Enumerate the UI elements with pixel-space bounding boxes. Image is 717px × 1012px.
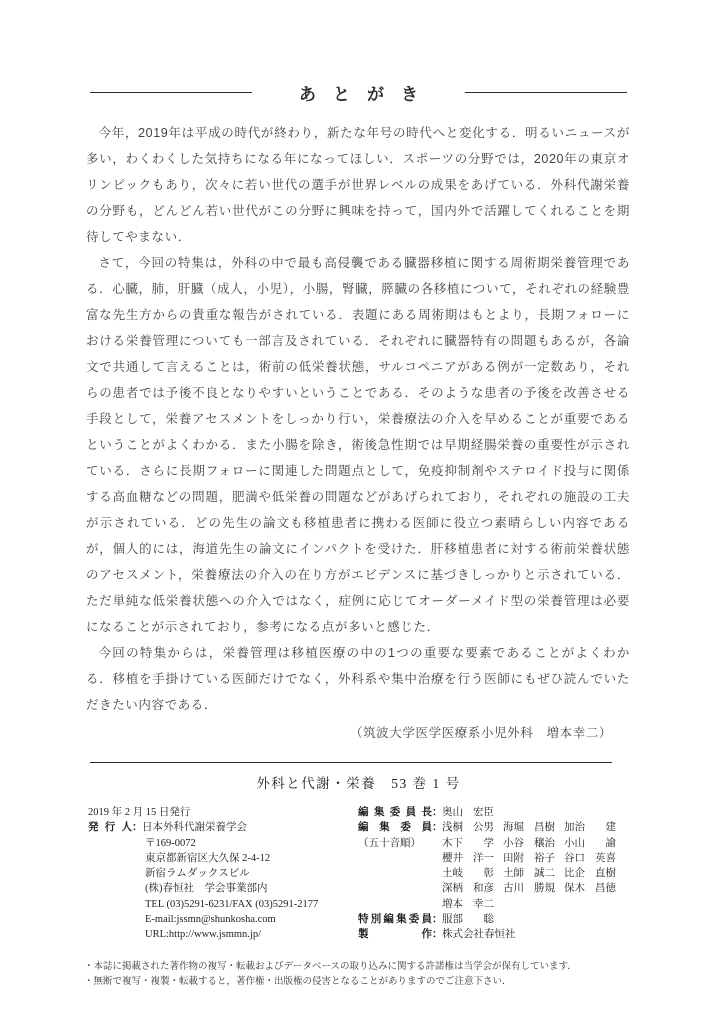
special-editor-name: 服部聡 bbox=[442, 912, 494, 927]
family-name: 浅桐 bbox=[442, 820, 463, 835]
editor-name: 深柄和彦 bbox=[442, 881, 494, 896]
page-title: あとがき bbox=[282, 80, 435, 105]
editor-name: 海堀昌樹 bbox=[503, 820, 555, 835]
afterword-header: あとがき bbox=[0, 0, 717, 105]
special-editor-label: 特別編集委員 bbox=[358, 912, 432, 927]
given-name: 彰 bbox=[484, 866, 495, 881]
colophon-divider bbox=[90, 762, 612, 763]
given-name: 昌徳 bbox=[595, 881, 616, 896]
family-name: 深柄 bbox=[442, 881, 463, 896]
family-name: 奥山 bbox=[442, 805, 463, 820]
editor-name: 加治建 bbox=[564, 820, 616, 835]
chief-editor-label: 編集委員長 bbox=[358, 805, 432, 820]
given-name: 裕子 bbox=[534, 851, 555, 866]
editor-name: 保木昌徳 bbox=[564, 881, 616, 896]
kana-order-note: （五十音順） bbox=[358, 836, 442, 851]
editor-name: 土師誠二 bbox=[503, 866, 555, 881]
editor-name: 谷口英喜 bbox=[564, 851, 616, 866]
chief-editor-colon: ： bbox=[432, 805, 442, 820]
given-name: 勝規 bbox=[534, 881, 555, 896]
publisher-colon: ： bbox=[132, 820, 142, 835]
body-paragraph: 今回の特集からは，栄養管理は移植医療の中の1つの重要な要素であることがよくわかる… bbox=[86, 640, 630, 718]
editor-name: 櫻井洋一 bbox=[442, 851, 494, 866]
family-name: 比企 bbox=[564, 866, 585, 881]
given-name: 諭 bbox=[606, 836, 617, 851]
family-name: 木下 bbox=[442, 836, 463, 851]
editor-name: 田附裕子 bbox=[503, 851, 555, 866]
production-colon: ： bbox=[432, 927, 442, 942]
editors-row: 増本幸二 bbox=[358, 897, 717, 912]
family-name: 古川 bbox=[503, 881, 524, 896]
copyright-note: ・本誌に掲載された著作物の複写・転載およびデータベースの取り込みに関する許諾権は… bbox=[84, 960, 717, 975]
production-row: 製作 ： 株式会社春恒社 bbox=[358, 927, 717, 942]
address-line: 東京都新宿区大久保 2-4-12 bbox=[145, 851, 358, 866]
given-name: 公男 bbox=[473, 820, 494, 835]
editor-name: 土岐彰 bbox=[442, 866, 494, 881]
family-name: 土岐 bbox=[442, 866, 463, 881]
family-name: 小谷 bbox=[503, 836, 524, 851]
journal-title: 外科と代謝・栄養 53 巻 1 号 bbox=[0, 772, 717, 792]
given-name: 聡 bbox=[484, 912, 495, 927]
chief-editor-name: 奥山宏臣 bbox=[442, 805, 494, 820]
editors-row: （五十音順） 木下学 小谷穣治 小山諭 bbox=[358, 836, 717, 851]
editors-row: 土岐彰 土師誠二 比企直樹 bbox=[358, 866, 717, 881]
afterword-page: あとがき 今年，2019年は平成の時代が終わり，新たな年号の時代へと変化する．明… bbox=[0, 0, 717, 1012]
special-editor-row: 特別編集委員 ： 服部聡 bbox=[358, 912, 717, 927]
title-rule-left bbox=[90, 92, 252, 93]
phone-fax-line: TEL (03)5291-6231/FAX (03)5291-2177 bbox=[145, 897, 358, 912]
colophon: 2019 年 2 月 15 日発行 発行人 ： 日本外科代謝栄養学会 〒169-… bbox=[88, 805, 717, 943]
given-name: 洋一 bbox=[473, 851, 494, 866]
author-signature: （筑波大学医学医療系小児外科 増本幸二） bbox=[86, 723, 630, 741]
family-name: 田附 bbox=[503, 851, 524, 866]
editor-name: 古川勝規 bbox=[503, 881, 555, 896]
family-name: 服部 bbox=[442, 912, 463, 927]
publisher-row: 発行人 ： 日本外科代謝栄養学会 bbox=[88, 820, 358, 835]
family-name: 海堀 bbox=[503, 820, 524, 835]
family-name: 谷口 bbox=[564, 851, 585, 866]
address-line: (株)春恒社 学会事業部内 bbox=[145, 881, 358, 896]
special-editor-colon: ： bbox=[432, 912, 442, 927]
email-line: E-mail:jssmn@shunkosha.com bbox=[145, 912, 358, 927]
family-name: 櫻井 bbox=[442, 851, 463, 866]
editor-name: 木下学 bbox=[442, 836, 494, 851]
colophon-left: 2019 年 2 月 15 日発行 発行人 ： 日本外科代謝栄養学会 〒169-… bbox=[88, 805, 358, 943]
publisher-name: 日本外科代謝栄養学会 bbox=[142, 820, 247, 835]
colophon-right: 編集委員長 ： 奥山宏臣 編集委員 ： 浅桐公男 海堀昌樹 加治建 （五十音順）… bbox=[358, 805, 717, 943]
production-label: 製作 bbox=[358, 927, 432, 942]
family-name: 加治 bbox=[564, 820, 585, 835]
body-paragraph: さて，今回の特集は，外科の中で最も高侵襲である臓器移植に関する周術期栄養管理であ… bbox=[86, 250, 630, 640]
editor-name: 小山諭 bbox=[564, 836, 616, 851]
editors-colon: ： bbox=[432, 820, 442, 835]
given-name: 英喜 bbox=[595, 851, 616, 866]
given-name: 学 bbox=[484, 836, 495, 851]
editor-name: 増本幸二 bbox=[442, 897, 494, 912]
address-line: 〒169-0072 bbox=[145, 836, 358, 851]
publisher-address: 〒169-0072 東京都新宿区大久保 2-4-12 新宿ラムダックスビル (株… bbox=[88, 836, 358, 943]
copyright-note: ・無断で複写・複製・転載すると，著作権・出版権の侵害となることがありますのでご注… bbox=[84, 975, 717, 990]
publication-date: 2019 年 2 月 15 日発行 bbox=[88, 805, 358, 820]
family-name: 小山 bbox=[564, 836, 585, 851]
publisher-label: 発行人 bbox=[88, 820, 132, 835]
given-name: 宏臣 bbox=[473, 805, 494, 820]
given-name: 和彦 bbox=[473, 881, 494, 896]
editor-name: 小谷穣治 bbox=[503, 836, 555, 851]
editor-name: 浅桐公男 bbox=[442, 820, 494, 835]
editors-row: 深柄和彦 古川勝規 保木昌徳 bbox=[358, 881, 717, 896]
body-paragraph: 今年，2019年は平成の時代が終わり，新たな年号の時代へと変化する．明るいニュー… bbox=[86, 120, 630, 250]
production-company: 株式会社春恒社 bbox=[442, 927, 516, 942]
editors-row: 編集委員 ： 浅桐公男 海堀昌樹 加治建 bbox=[358, 820, 717, 835]
given-name: 幸二 bbox=[473, 897, 494, 912]
editors-label: 編集委員 bbox=[358, 820, 432, 835]
editors-row: 櫻井洋一 田附裕子 谷口英喜 bbox=[358, 851, 717, 866]
editor-name: 比企直樹 bbox=[564, 866, 616, 881]
url-line: URL:http://www.jsmmn.jp/ bbox=[145, 927, 358, 942]
afterword-body: 今年，2019年は平成の時代が終わり，新たな年号の時代へと変化する．明るいニュー… bbox=[86, 120, 630, 718]
family-name: 増本 bbox=[442, 897, 463, 912]
copyright-notes: ・本誌に掲載された著作物の複写・転載およびデータベースの取り込みに関する許諾権は… bbox=[84, 960, 717, 990]
given-name: 誠二 bbox=[534, 866, 555, 881]
given-name: 昌樹 bbox=[534, 820, 555, 835]
chief-editor-row: 編集委員長 ： 奥山宏臣 bbox=[358, 805, 717, 820]
family-name: 保木 bbox=[564, 881, 585, 896]
given-name: 穣治 bbox=[534, 836, 555, 851]
given-name: 建 bbox=[606, 820, 617, 835]
given-name: 直樹 bbox=[595, 866, 616, 881]
title-rule-right bbox=[465, 92, 627, 93]
family-name: 土師 bbox=[503, 866, 524, 881]
address-line: 新宿ラムダックスビル bbox=[145, 866, 358, 881]
